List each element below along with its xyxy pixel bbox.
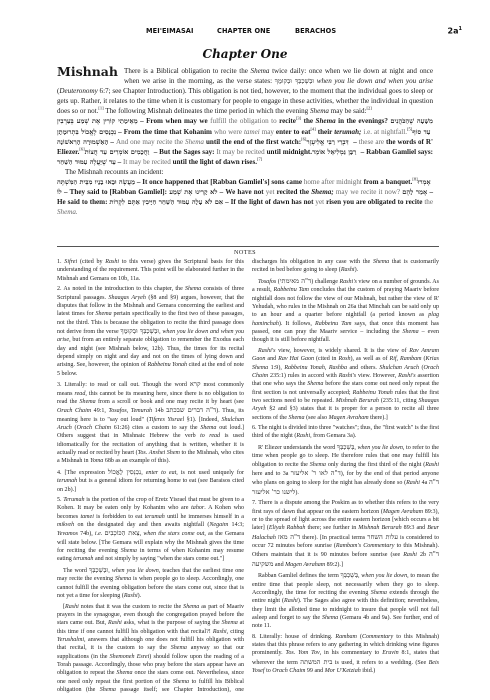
hebrew-text: ד"ה מאז — [278, 533, 300, 541]
text-run: Commentary — [362, 634, 393, 640]
text-run: Shema — [100, 687, 116, 693]
text-run: The word — [63, 568, 89, 574]
note-paragraph: Rashi's view, however, is widely shared.… — [252, 347, 439, 422]
text-run: 99 and — [305, 668, 324, 674]
text-run: notes that it was the custom to recite t… — [79, 604, 183, 610]
note-paragraph: 5. Terumah is the portion of the crop of… — [57, 496, 244, 564]
text-run: Terumah — [63, 497, 84, 503]
text-run: Rashi — [124, 593, 138, 599]
text-run: 2. As noted in the introduction to this … — [57, 286, 185, 292]
folio-label: 2a — [448, 27, 459, 36]
text-run: may we recite it now? — [334, 188, 403, 196]
text-run: fulfill the obligation to — [210, 117, 279, 125]
note-paragraph: 3. Literally: to read or call out. Thoug… — [57, 380, 244, 465]
text-run: Rabban Gamliel defines the term — [258, 573, 341, 579]
text-run: Tos. Yom Tov — [286, 650, 320, 656]
note-paragraph: 6. The night is divided into three "watc… — [252, 424, 439, 441]
hebrew-text: דִּבְרֵי רַבִּי אֱלִיעֶזֶר — [306, 138, 351, 146]
hebrew-text: קרא — [190, 380, 201, 388]
text-run: – — [351, 138, 359, 146]
hebrew-text: בית המשתה — [300, 658, 332, 666]
text-run: Shema — [373, 259, 389, 265]
text-run: here and to 3a — [252, 471, 291, 477]
note-paragraph: 2. As noted in the introduction to this … — [57, 285, 244, 378]
mishnah-label: Mishnah — [57, 66, 118, 86]
folio-number: 2a1 — [448, 26, 462, 36]
running-head-tractate: BERACHOS — [295, 27, 336, 35]
notes-columns: 1. Sifrei (cited by Rashi to this verse)… — [57, 258, 439, 698]
hebrew-text: עלות השחר — [367, 533, 398, 541]
text-run: when you lie down — [358, 445, 403, 451]
text-run: view, however, is widely shared. It is t… — [275, 348, 409, 354]
text-run: Rashi — [65, 604, 79, 610]
text-run: Rashi's — [398, 373, 415, 379]
text-run: Shemoneh Esrei — [110, 654, 150, 660]
text-run: Shema. — [57, 208, 78, 216]
text-run: Shema — [80, 399, 96, 405]
text-run: may be said: — [329, 107, 367, 115]
text-run: there; see further in — [305, 525, 358, 531]
text-run: Rambam's Commentary — [336, 543, 395, 549]
text-run: Shema — [200, 425, 216, 431]
text-run: Mishnah Berurah — [336, 398, 379, 404]
text-run: There is a Biblical obligation to recite… — [124, 67, 251, 75]
text-run: , citing — [227, 629, 244, 635]
text-run: 61:26) cites a custom to say the — [111, 425, 200, 431]
text-run: terumah; — [334, 128, 361, 136]
text-run: – Rabban Gamliel says: — [359, 148, 433, 156]
text-run: It may be recited — [216, 148, 266, 156]
text-run: Tiferes Yisrael — [149, 417, 185, 423]
text-run: enter to eat — [146, 470, 177, 476]
hebrew-text: לֹא קָרִינוּ אֶת שְׁמַע — [169, 188, 217, 196]
text-run: and — [273, 562, 285, 568]
text-run: (see also — [305, 415, 329, 421]
hebrew-text: עַד שֶׁיַּעֲלֶה עַמּוּד הַשַּׁחַר — [57, 158, 116, 166]
text-run: It may be recited — [123, 158, 173, 166]
text-run: Rav Hai Gaon — [278, 356, 314, 362]
text-run: yet — [315, 198, 326, 206]
text-run: , from Gemara 3a). — [310, 433, 356, 439]
text-run: Shema — [173, 679, 189, 685]
text-run: 4. [The expression — [57, 470, 108, 476]
text-run: there).] — [369, 415, 388, 421]
note-paragraph: The word וּבְשָׁכְבְּךָ, when you lie do… — [57, 566, 244, 600]
text-run: tahor — [191, 505, 204, 511]
text-run: – But the Sages say: — [152, 148, 217, 156]
text-run: Magen Avraham — [285, 562, 325, 568]
text-run: terumah — [73, 556, 93, 562]
notes-divider — [57, 246, 439, 247]
text-run: and — [265, 356, 278, 362]
text-run: is used, it refers to a wedding. (See — [332, 660, 428, 666]
text-run: The following Mishnah delineates the tim… — [104, 107, 310, 115]
hebrew-text: וַחֲכָמִים אוֹמְרִים עַד חֲצוֹת — [85, 148, 152, 156]
footnote-ref[interactable]: [7] — [257, 156, 262, 161]
note-paragraph: 4. [The expression נִכְנָסִין לֶאֱכוֹל, … — [57, 468, 244, 494]
note-paragraph: Rabban Gamliel defines the term בְּשָׁכְ… — [252, 571, 439, 630]
text-run: §1). [Indeed, — [184, 417, 221, 423]
text-run: view. However, — [356, 373, 398, 379]
text-run: Shema — [310, 462, 326, 468]
text-run: on the designated day and then awaits ni… — [74, 522, 209, 528]
text-run: – They said to [Rabban Gamliel]: — [62, 188, 169, 196]
text-run: – — [108, 138, 116, 146]
text-run: 235:1) rules in accord with — [268, 373, 339, 379]
text-run: 89:2).] — [325, 562, 343, 568]
text-run: , is not used uniquely for — [176, 470, 244, 476]
mishnah-text: מֵאֵימָתַי קוֹרִין אֶת שְׁמַע בְּעַרְבִי… — [57, 116, 433, 166]
text-run: until he immerses himself in a — [165, 514, 244, 520]
text-run: recite — [279, 117, 296, 125]
hebrew-text: ד"ה דברים שבכתב — [166, 406, 216, 414]
folio-superscript: 1 — [459, 26, 462, 32]
text-run: Tos. Anshei Shem — [138, 450, 180, 456]
chapter-title: Chapter One — [0, 47, 490, 61]
text-run: Eruvin — [382, 650, 398, 656]
note-paragraph: Tosafos (ד"ה מאימתי) challenge Rashi's v… — [252, 277, 439, 345]
text-run: ). — [138, 593, 142, 599]
text-run: 74b), — [78, 531, 95, 537]
text-run: only during the first third of the night… — [326, 462, 425, 468]
hebrew-text: וּבְשָׁכְבְּךָ — [89, 566, 108, 574]
text-run: and not simply by saying "when the stars… — [93, 556, 224, 562]
text-run: terumah — [145, 514, 165, 520]
text-run: (cited in — [314, 356, 338, 362]
text-run: Rashi's — [339, 373, 356, 379]
text-run: Rashi's — [339, 279, 356, 285]
text-run: ). — [355, 267, 359, 273]
text-run: these are — [359, 138, 386, 146]
hebrew-text: וּבְשָׁכְבְּךָ וּבְקוּמֶךָ — [275, 77, 314, 85]
text-run: Yoma — [90, 458, 103, 464]
text-run: Rashi's — [258, 348, 275, 354]
text-run: in the evenings? — [336, 117, 391, 125]
text-run: from a scroll or book and one may recite… — [96, 399, 244, 405]
running-head-section: MEI'EIMASAI — [146, 27, 194, 35]
text-run: enter to eat — [276, 128, 311, 136]
text-run: until the end of the first watch: — [204, 138, 301, 146]
text-run: but is a general idiom for returning hom… — [57, 478, 244, 492]
text-run: risen you are obligated to recite — [326, 198, 424, 206]
text-run: (235:11, citing — [379, 398, 419, 404]
text-run: Magen Avraham — [383, 509, 423, 515]
note-paragraph: 1. Sifrei (cited by Rashi to this verse)… — [57, 258, 244, 283]
text-run: Rashi — [403, 552, 417, 558]
hebrew-text: ד"ה מאימתי — [280, 277, 311, 285]
text-run: 89:3 and — [402, 525, 428, 531]
text-run: until midnight. — [267, 148, 312, 156]
text-run: mikveh — [57, 522, 74, 528]
text-run: Rashi — [425, 462, 439, 468]
hebrew-text: אָמַר לָהֶם — [402, 188, 427, 196]
text-run: the — [424, 198, 433, 206]
text-run: Rashi — [406, 480, 420, 486]
text-run: who were — [214, 128, 244, 136]
text-run: Rabbeinu Yonah — [147, 362, 187, 368]
text-run: – We have not — [218, 188, 266, 196]
text-run: Shaagas Aryeh — [109, 295, 146, 301]
running-head: MEI'EIMASAI CHAPTER ONE BERACHOS 2a1 — [0, 27, 490, 39]
text-run: Rambam — [335, 634, 357, 640]
text-run: 8. Literally: house of drinking. — [252, 634, 335, 640]
text-run: when the stars come out — [143, 531, 204, 537]
hebrew-text: מַעֲשֶׂה וּבָאוּ בָנָיו מִבֵּית הַמִּשְׁ… — [57, 178, 135, 186]
text-run: Negaim — [209, 522, 228, 528]
text-run: Shema — [183, 604, 199, 610]
text-run: 49:1, — [91, 408, 108, 414]
text-run: Shema — [121, 548, 137, 554]
text-run: tamei — [244, 128, 260, 136]
text-run: ibid.) — [361, 668, 375, 674]
text-run: Deuteronomy — [59, 87, 97, 95]
hebrew-text: צֵאת הַכּוֹכָבִים — [104, 529, 139, 537]
text-run: Shema — [222, 620, 238, 626]
text-run: Orach Chaim — [77, 425, 111, 431]
text-run: Yevamos — [57, 531, 78, 537]
text-run: ) challenge — [311, 279, 339, 285]
text-run: Rosh — [338, 356, 350, 362]
text-run: when you lie down — [361, 573, 407, 579]
text-run: – — [116, 158, 123, 166]
text-run: – From when may we — [138, 117, 211, 125]
note-paragraph: 7. There is a dispute among the Poskim a… — [252, 499, 439, 569]
mishnah-section: Mishnah There is a Biblical obligation t… — [57, 66, 433, 217]
text-run: terumah — [57, 478, 77, 484]
text-run: Mishnah Berurah — [358, 525, 401, 531]
text-run: 3. Literally: to read or call out. Thoug… — [57, 382, 190, 388]
hebrew-text: בְּשָׁכְבְּךָ — [341, 571, 359, 579]
text-run: Rif, Rambam — [390, 356, 422, 362]
text-run: Rabbeinu Yonah, Rashba — [284, 365, 347, 371]
text-run: ). — [295, 490, 299, 496]
text-run: Rashi — [108, 620, 122, 626]
text-run: when you lie down and when you arise — [314, 77, 433, 85]
text-run: ), as well as of — [351, 356, 390, 362]
text-run: the — [301, 117, 315, 125]
text-run: is forbidden to eat — [94, 514, 145, 520]
text-run: Magen Avraham — [329, 415, 369, 421]
text-run: Eliyah Rabbah — [269, 525, 306, 531]
text-run: 1:9), — [268, 365, 284, 371]
note-paragraph: 8. Literally: house of drinking. Rambam … — [252, 633, 439, 676]
text-run: Shema — [251, 67, 270, 75]
text-run: when you lie down — [112, 568, 159, 574]
text-run: asks, what is the purpose of saying the — [122, 620, 222, 626]
text-run: 2b — [417, 552, 429, 558]
text-run: Orach Chaim — [57, 408, 91, 414]
text-run: recited the — [277, 188, 312, 196]
text-run: Tosafos — [258, 279, 276, 285]
text-run: Mor U'Ketziah — [325, 668, 361, 674]
text-run: Rabbeinu Yonah — [353, 390, 393, 396]
text-run: tamei — [80, 514, 93, 520]
hebrew-text: רַבָּן גַּמְלִיאֵל אוֹמֵר — [312, 148, 359, 156]
text-run: Shema — [316, 117, 336, 125]
text-run: Shema — [310, 107, 329, 115]
text-run: Tosafos, Temurah — [108, 408, 152, 414]
text-run: 68b as an example of this). — [103, 458, 170, 464]
text-run: R' Eliezer understands the word — [258, 445, 337, 451]
footnote-ref[interactable]: [2] — [367, 106, 372, 111]
text-run: ). It follows, — [279, 321, 315, 327]
text-run: Shema — [288, 415, 304, 421]
text-run: Shema — [307, 381, 323, 387]
text-run: until the light of dawn rises. — [173, 158, 257, 166]
text-run: and others. — [347, 365, 379, 371]
text-run: yet — [266, 188, 277, 196]
hebrew-text: ד"ה לאו ר' אליעזר — [291, 469, 341, 477]
text-run: 4a — [420, 480, 429, 486]
text-run: 14:3; — [228, 522, 244, 528]
text-run: may — [260, 128, 276, 136]
text-run: Shulchan Aruch — [379, 365, 419, 371]
text-run: – It once happened that [Rabban Gamliel'… — [135, 178, 304, 186]
incident-intro: The Mishnah recounts an incident: — [57, 167, 433, 177]
hebrew-text: מֵאֵימָתַי קוֹרִין אֶת שְׁמַע בְּעַרְבִי… — [57, 117, 138, 125]
text-run: 14b — [152, 408, 166, 414]
text-run: Rabbeinu Tam — [315, 321, 351, 327]
text-run: Rashi — [296, 433, 310, 439]
text-run: Rashi — [341, 267, 355, 273]
hebrew-text: נִכְנָסִין לֶאֱכוֹל — [108, 468, 141, 476]
text-run: , in his commentary to — [320, 650, 383, 656]
hebrew-text: אִם לֹא עָלָה עַמּוּד הַשַּׁחַר חַיָּיבִ… — [109, 198, 223, 206]
text-run: i.e. at nightfall. — [361, 128, 407, 136]
text-run: Shema — [322, 615, 338, 621]
text-run: Rabbeinu Tam — [274, 287, 309, 293]
text-run: Shema — [371, 590, 387, 596]
text-run: And one may recite the — [116, 138, 185, 146]
text-run: Shema — [95, 311, 111, 317]
text-run: their — [316, 128, 334, 136]
text-run: (cited by — [77, 259, 105, 265]
text-run: Shema — [171, 645, 187, 651]
text-run: Shema; — [311, 188, 333, 196]
text-run: Yerushalmi — [57, 637, 84, 643]
text-run: there). [In practical terms — [300, 535, 367, 541]
running-head-chapter: CHAPTER ONE — [217, 27, 270, 35]
text-run: home after midnight — [304, 178, 364, 186]
text-run: Sifrei — [64, 259, 77, 265]
text-run: Shema — [185, 286, 201, 292]
text-run: – From the time that Kohanim — [116, 128, 214, 136]
text-run: Rashi — [284, 598, 298, 604]
text-run: Shema — [402, 329, 418, 335]
text-run: Shema — [116, 670, 132, 676]
text-run: – If the light of dawn has not — [223, 198, 315, 206]
text-run: to read — [200, 433, 220, 439]
text-run: Shema — [185, 138, 204, 146]
text-run: read — [74, 391, 85, 397]
hebrew-text: בְּשָׁכְבְּךָ — [337, 443, 355, 451]
notes-heading: NOTES — [0, 249, 490, 256]
text-run: Rashi — [213, 629, 227, 635]
mishnah-incident: מַעֲשֶׂה וּבָאוּ בָנָיו מִבֵּית הַמִּשְׁ… — [57, 177, 433, 217]
note-paragraph: R' Eliezer understands the word בְּשָׁכְ… — [252, 443, 439, 497]
text-run: Shema — [115, 576, 131, 582]
text-run: Rashi — [105, 259, 119, 265]
text-run: from a banquet. — [364, 178, 413, 186]
text-run: Orach Chaim — [272, 668, 305, 674]
hebrew-text: וּבְשָׁכְבְּךָ וּבְקוּמֶךָ — [120, 327, 159, 335]
